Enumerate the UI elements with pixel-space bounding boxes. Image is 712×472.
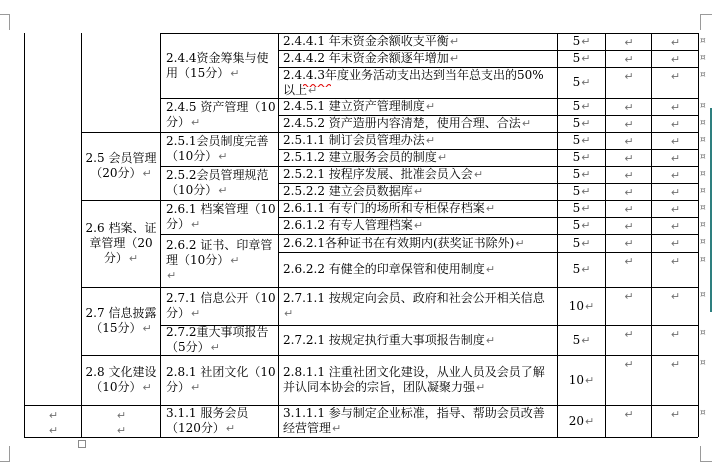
table-border [698, 33, 699, 437]
criterion-cell[interactable]: 2.6.2.2 有健全的印章保管和使用制度↵ [279, 252, 557, 287]
row-end-mark: ¤ [700, 71, 706, 80]
criterion-cell[interactable]: 2.4.5.1 建立资产管理制度↵ [279, 98, 557, 115]
margin-crop-mark [700, 446, 701, 462]
cell-text: 2.6.2.1各种证书在有效期内(获奖证书除外) [283, 236, 514, 250]
criterion-cell[interactable]: 2.5.2.1 按程序发展、批准会员入会↵ [279, 166, 557, 183]
score-cell[interactable]: 5↵ [558, 33, 605, 50]
cell-text: 3.1.1.1 参与制定企业标准，指导、帮助会员改善经营管理 [283, 406, 545, 435]
cell-text: 2.4.4.3年度业务活动支出达到当年总支出的50%以上 [283, 68, 544, 97]
cell-text: 5 [573, 167, 581, 181]
self-score-cell[interactable]: ↵ [606, 33, 651, 50]
criterion-cell[interactable]: 2.6.1.2 有专人管理档案↵ [279, 217, 557, 234]
pilcrow-mark: ↵ [624, 203, 633, 216]
cell-text: 10 [569, 373, 584, 387]
score-cell[interactable]: 5↵ [558, 98, 605, 115]
self-score-cell[interactable]: ↵ [606, 287, 651, 325]
self-score-cell[interactable]: ↵ [606, 67, 651, 98]
criterion-cell[interactable]: 2.4.4.3年度业务活动支出达到当年总支出的50%以上↵ [279, 67, 557, 98]
score-cell[interactable]: 5↵ [558, 183, 605, 200]
score-cell[interactable]: 5↵ [558, 132, 605, 149]
pilcrow-mark: ↵ [624, 186, 633, 199]
cell-text: 2.5.1.2 建立服务会员的制度 [283, 150, 437, 164]
pilcrow-mark: ↵ [167, 269, 176, 282]
pilcrow-mark: ↵ [486, 263, 495, 276]
review-score-cell[interactable]: ↵ [652, 217, 698, 234]
pilcrow-mark: ↵ [581, 134, 590, 147]
pilcrow-mark: ↵ [143, 322, 152, 335]
pilcrow-mark: ↵ [581, 237, 590, 250]
pilcrow-mark: ↵ [414, 185, 423, 198]
cell-text: 2.4.5.2 资产造册内容清楚，使用合理、合法 [283, 116, 521, 130]
pilcrow-mark: ↵ [671, 36, 680, 49]
score-cell[interactable]: 10↵ [558, 287, 605, 325]
row-end-mark: ¤ [700, 119, 706, 128]
category-cell[interactable]: 2.7 信息披露（15分）↵ [82, 287, 160, 355]
pilcrow-mark: ↵ [117, 409, 126, 422]
subcategory-cell[interactable]: 2.6.2 证书、印章管理（10分）↵↵ [161, 234, 278, 287]
self-score-cell[interactable]: ↵ [606, 149, 651, 166]
pilcrow-mark: ↵ [218, 184, 227, 197]
score-cell[interactable]: 5↵ [558, 217, 605, 234]
document-page[interactable]: 2.5 会员管理（20分）↵2.6 档案、证章管理（20分）↵2.7 信息披露（… [0, 0, 712, 472]
criterion-cell[interactable]: 2.5.1.1 制订会员管理办法↵ [279, 132, 557, 149]
pilcrow-mark: ↵ [624, 118, 633, 131]
pilcrow-mark: ↵ [624, 169, 633, 182]
pilcrow-mark: ↵ [624, 220, 633, 233]
pilcrow-mark: ↵ [581, 168, 590, 181]
cell-text: 2.8.1 社团文化（10分） [166, 365, 276, 394]
cell-text: 5 [573, 184, 581, 198]
review-score-cell[interactable]: ↵ [652, 183, 698, 200]
cell-text: 2.6.2 证书、印章管理（10分） [166, 238, 272, 267]
empty-square-mark [78, 440, 86, 448]
score-cell[interactable]: 5↵ [558, 234, 605, 252]
category-cell[interactable]: 2.6 档案、证章管理（20分）↵ [82, 200, 160, 287]
pilcrow-mark: ↵ [624, 135, 633, 148]
cell-text: 5 [573, 333, 581, 347]
cell-text: 20 [569, 414, 584, 428]
pilcrow-mark: ↵ [671, 101, 680, 114]
pilcrow-mark: ↵ [143, 381, 152, 394]
cell-text: 5 [573, 262, 581, 276]
row-end-mark: ¤ [700, 291, 706, 300]
review-score-cell[interactable]: ↵ [652, 234, 698, 252]
margin-crop-mark [0, 461, 9, 462]
criterion-cell[interactable]: 3.1.1.1 参与制定企业标准，指导、帮助会员改善经营管理↵ [279, 405, 557, 437]
score-cell[interactable]: 5↵ [558, 149, 605, 166]
review-score-cell[interactable]: ↵ [652, 67, 698, 98]
criterion-cell[interactable]: 2.4.4.2 年末资金余额逐年增加↵ [279, 50, 557, 67]
cell-text: 2.6.1.2 有专人管理档案 [283, 218, 413, 232]
pilcrow-mark: ↵ [671, 53, 680, 66]
pilcrow-mark: ↵ [581, 185, 590, 198]
pilcrow-mark: ↵ [585, 300, 594, 313]
pilcrow-mark: ↵ [624, 70, 633, 83]
cell-text: 2.5.2.1 按程序发展、批准会员入会 [283, 167, 473, 181]
margin-crop-mark [0, 14, 9, 15]
self-score-cell[interactable]: ↵ [606, 166, 651, 183]
cell-text: 5 [573, 201, 581, 215]
pilcrow-mark: ↵ [474, 168, 483, 181]
review-score-cell[interactable]: ↵ [652, 33, 698, 50]
pilcrow-mark: ↵ [414, 219, 423, 232]
pilcrow-mark: ↵ [230, 254, 239, 267]
cell-text: 5 [573, 150, 581, 164]
pilcrow-mark: ↵ [284, 307, 293, 320]
cell-text: 2.8.1.1 注重社团文化建设，从业人员及会员了解并认同本协会的宗旨，团队凝聚… [283, 365, 545, 394]
pilcrow-mark: ↵ [585, 415, 594, 428]
row-end-mark: ¤ [700, 221, 706, 230]
pilcrow-mark: ↵ [671, 408, 680, 421]
row-end-mark: ¤ [700, 136, 706, 145]
pilcrow-mark: ↵ [191, 381, 200, 394]
pilcrow-mark: ↵ [476, 381, 485, 394]
pilcrow-mark: ↵ [581, 76, 590, 89]
criterion-cell[interactable]: 2.6.2.1各种证书在有效期内(获奖证书除外)↵ [279, 234, 557, 252]
pilcrow-mark: ↵ [671, 118, 680, 131]
row-end-mark: ¤ [700, 54, 706, 63]
pilcrow-mark: ↵ [230, 67, 239, 80]
row-end-mark: ¤ [700, 256, 706, 265]
pilcrow-mark: ↵ [450, 35, 459, 48]
score-cell[interactable]: 5↵ [558, 325, 605, 355]
review-score-cell[interactable]: ↵ [652, 132, 698, 149]
cell-text: 2.5.1.1 制订会员管理办法 [283, 133, 425, 147]
pilcrow-mark: ↵ [581, 52, 590, 65]
pilcrow-mark: ↵ [624, 152, 633, 165]
pilcrow-mark: ↵ [211, 341, 220, 354]
cell-text: 2.5.2.2 建立会员数据库 [283, 184, 413, 198]
cell-text: 5 [573, 218, 581, 232]
pilcrow-mark: ↵ [581, 117, 590, 130]
spellcheck-underline [303, 83, 331, 87]
subcategory-cell[interactable]: 2.4.4资金筹集与使用（15分）↵ [161, 33, 278, 98]
self-score-cell[interactable]: ↵ [606, 217, 651, 234]
left-empty-cell[interactable]: ↵↵ [25, 406, 81, 437]
pilcrow-mark: ↵ [581, 263, 590, 276]
cell-text: 5 [573, 236, 581, 250]
cell-text: 2.4.4资金筹集与使用（15分） [166, 51, 269, 80]
cell-text: 2.4.4.2 年末资金余额逐年增加 [283, 51, 449, 65]
pilcrow-mark: ↵ [624, 237, 633, 250]
criterion-cell[interactable]: 2.6.1.1 有专门的场所和专柜保存档案↵ [279, 200, 557, 217]
score-cell[interactable]: 5↵ [558, 200, 605, 217]
self-score-cell[interactable]: ↵ [606, 115, 651, 132]
cell-text: 5 [573, 34, 581, 48]
criterion-cell[interactable]: 2.7.2.1 按规定执行重大事项报告制度↵ [279, 325, 557, 355]
pilcrow-mark: ↵ [624, 53, 633, 66]
pilcrow-mark: ↵ [671, 358, 680, 371]
pilcrow-mark: ↵ [624, 290, 633, 303]
score-cell[interactable]: 5↵ [558, 115, 605, 132]
subcategory-cell[interactable]: 2.5.1会员制度完善（10分）↵ [161, 132, 278, 166]
cell-text: 5 [573, 51, 581, 65]
pilcrow-mark: ↵ [486, 334, 495, 347]
row-end-mark: ¤ [700, 204, 706, 213]
pilcrow-mark: ↵ [624, 36, 633, 49]
cell-text: 2.7.1 信息公开（10分） [166, 291, 276, 320]
review-score-cell[interactable]: ↵ [652, 405, 698, 437]
row-end-mark: ¤ [700, 359, 706, 368]
pilcrow-mark: ↵ [581, 219, 590, 232]
cell-text: 2.7.2.1 按规定执行重大事项报告制度 [283, 333, 485, 347]
cell-text: 2.6.1.1 有专门的场所和专柜保存档案 [283, 201, 485, 215]
criterion-cell[interactable]: 2.8.1.1 注重社团文化建设，从业人员及会员了解并认同本协会的宗旨，团队凝聚… [279, 355, 557, 405]
review-score-cell[interactable]: ↵ [652, 149, 698, 166]
pilcrow-mark: ↵ [671, 186, 680, 199]
self-score-cell[interactable]: ↵ [606, 252, 651, 287]
pilcrow-mark: ↵ [143, 167, 152, 180]
cell-text: 2.7.1.1 按规定向会员、政府和社会公开相关信息 [283, 291, 545, 305]
score-cell[interactable]: 20↵ [558, 405, 605, 437]
cell-text: 5 [573, 99, 581, 113]
self-score-cell[interactable]: ↵ [606, 234, 651, 252]
score-cell[interactable]: 5↵ [558, 166, 605, 183]
review-score-cell[interactable]: ↵ [652, 287, 698, 325]
category-cell[interactable]: 2.8 文化建设（10分）↵ [82, 355, 160, 405]
review-score-cell[interactable]: ↵ [652, 325, 698, 355]
subcategory-cell[interactable]: 2.7.1 信息公开（10分）↵ [161, 287, 278, 325]
cell-text: 5 [573, 75, 581, 89]
row-end-mark: ¤ [700, 102, 706, 111]
pilcrow-mark: ↵ [426, 134, 435, 147]
cell-text: 10 [569, 299, 584, 313]
cell-text: 2.6 档案、证章管理（20分） [86, 221, 157, 265]
review-score-cell[interactable]: ↵ [652, 200, 698, 217]
review-score-cell[interactable]: ↵ [652, 98, 698, 115]
row-end-mark: ¤ [700, 170, 706, 179]
review-score-cell[interactable]: ↵ [652, 115, 698, 132]
pilcrow-mark: ↵ [191, 307, 200, 320]
pilcrow-mark: ↵ [624, 328, 633, 341]
score-cell[interactable]: 10↵ [558, 355, 605, 405]
row-end-mark: ¤ [700, 329, 706, 338]
margin-crop-mark [9, 14, 10, 30]
score-cell[interactable]: 5↵ [558, 252, 605, 287]
pilcrow-mark: ↵ [671, 169, 680, 182]
margin-crop-mark [9, 446, 10, 462]
pilcrow-mark: ↵ [426, 100, 435, 113]
pilcrow-mark: ↵ [624, 358, 633, 371]
row-end-mark: ¤ [700, 409, 706, 418]
subcategory-cell[interactable]: 3.1.1 服务会员（120分）↵ [161, 405, 278, 437]
self-score-cell[interactable]: ↵ [606, 405, 651, 437]
row-end-mark: ¤ [700, 153, 706, 162]
pilcrow-mark: ↵ [226, 422, 235, 435]
pilcrow-mark: ↵ [624, 255, 633, 268]
pilcrow-mark: ↵ [486, 202, 495, 215]
score-cell[interactable]: 5↵ [558, 67, 605, 98]
row-end-mark: ¤ [700, 37, 706, 46]
pilcrow-mark: ↵ [581, 100, 590, 113]
cell-text: 5 [573, 133, 581, 147]
pilcrow-mark: ↵ [581, 35, 590, 48]
row-end-mark: ¤ [700, 238, 706, 247]
pilcrow-mark: ↵ [671, 220, 680, 233]
self-score-cell[interactable]: ↵ [606, 132, 651, 149]
review-score-cell[interactable]: ↵ [652, 355, 698, 405]
criterion-cell[interactable]: 2.7.1.1 按规定向会员、政府和社会公开相关信息↵ [279, 287, 557, 325]
pilcrow-mark: ↵ [49, 424, 58, 437]
subcategory-cell[interactable]: 2.7.2重大事项报告（5分）↵ [161, 325, 278, 355]
pilcrow-mark: ↵ [671, 70, 680, 83]
pilcrow-mark: ↵ [49, 409, 58, 422]
self-score-cell[interactable]: ↵ [606, 325, 651, 355]
self-score-cell[interactable]: ↵ [606, 98, 651, 115]
cell-text: 2.6.2.2 有健全的印章保管和使用制度 [283, 262, 485, 276]
self-score-cell[interactable]: ↵ [606, 200, 651, 217]
pilcrow-mark: ↵ [129, 252, 138, 265]
pilcrow-mark: ↵ [671, 203, 680, 216]
margin-crop-mark [700, 461, 712, 462]
category-empty-cell[interactable]: ↵↵ [82, 406, 160, 437]
criterion-cell[interactable]: 2.5.2.2 建立会员数据库↵ [279, 183, 557, 200]
cell-text: 2.6.1 档案管理（10分） [166, 202, 276, 231]
pilcrow-mark: ↵ [671, 135, 680, 148]
score-cell[interactable]: 5↵ [558, 50, 605, 67]
cell-text: 5 [573, 116, 581, 130]
self-score-cell[interactable]: ↵ [606, 355, 651, 405]
cell-text: 2.4.5 资产管理（10分） [166, 100, 276, 129]
cell-text: 2.4.5.1 建立资产管理制度 [283, 99, 425, 113]
pilcrow-mark: ↵ [117, 424, 126, 437]
pilcrow-mark: ↵ [581, 151, 590, 164]
pilcrow-mark: ↵ [671, 237, 680, 250]
table-border [24, 33, 25, 437]
cell-text: 2.4.4.1 年末资金余额收支平衡 [283, 34, 449, 48]
pilcrow-mark: ↵ [438, 151, 447, 164]
row-end-mark: ¤ [700, 187, 706, 196]
subcategory-cell[interactable]: 2.4.5 资产管理（10分）↵ [161, 98, 278, 132]
review-score-cell[interactable]: ↵ [652, 50, 698, 67]
pilcrow-mark: ↵ [585, 374, 594, 387]
pilcrow-mark: ↵ [191, 116, 200, 129]
self-score-cell[interactable]: ↵ [606, 183, 651, 200]
cell-text: 3.1.1 服务会员（120分） [166, 406, 248, 435]
subcategory-cell[interactable]: 2.6.1 档案管理（10分）↵ [161, 200, 278, 234]
pilcrow-mark: ↵ [191, 218, 200, 231]
pilcrow-mark: ↵ [671, 328, 680, 341]
margin-crop-mark [700, 14, 701, 30]
pilcrow-mark: ↵ [218, 150, 227, 163]
pilcrow-mark: ↵ [671, 290, 680, 303]
pilcrow-mark: ↵ [671, 255, 680, 268]
subcategory-cell[interactable]: 2.5.2会员管理规范（10分）↵ [161, 166, 278, 200]
pilcrow-mark: ↵ [522, 117, 531, 130]
review-score-cell[interactable]: ↵ [652, 252, 698, 287]
category-cell[interactable]: 2.5 会员管理（20分）↵ [82, 132, 160, 200]
pilcrow-mark: ↵ [624, 101, 633, 114]
pilcrow-mark: ↵ [332, 422, 341, 435]
pilcrow-mark: ↵ [581, 202, 590, 215]
review-score-cell[interactable]: ↵ [652, 166, 698, 183]
pilcrow-mark: ↵ [624, 408, 633, 421]
pilcrow-mark: ↵ [515, 237, 524, 250]
margin-crop-mark [700, 14, 712, 15]
criterion-cell[interactable]: 2.4.5.2 资产造册内容清楚，使用合理、合法↵ [279, 115, 557, 132]
pilcrow-mark: ↵ [671, 152, 680, 165]
pilcrow-mark: ↵ [450, 52, 459, 65]
criterion-cell[interactable]: 2.5.1.2 建立服务会员的制度↵ [279, 149, 557, 166]
pilcrow-mark: ↵ [581, 334, 590, 347]
self-score-cell[interactable]: ↵ [606, 50, 651, 67]
criterion-cell[interactable]: 2.4.4.1 年末资金余额收支平衡↵ [279, 33, 557, 50]
subcategory-cell[interactable]: 2.8.1 社团文化（10分）↵ [161, 355, 278, 405]
